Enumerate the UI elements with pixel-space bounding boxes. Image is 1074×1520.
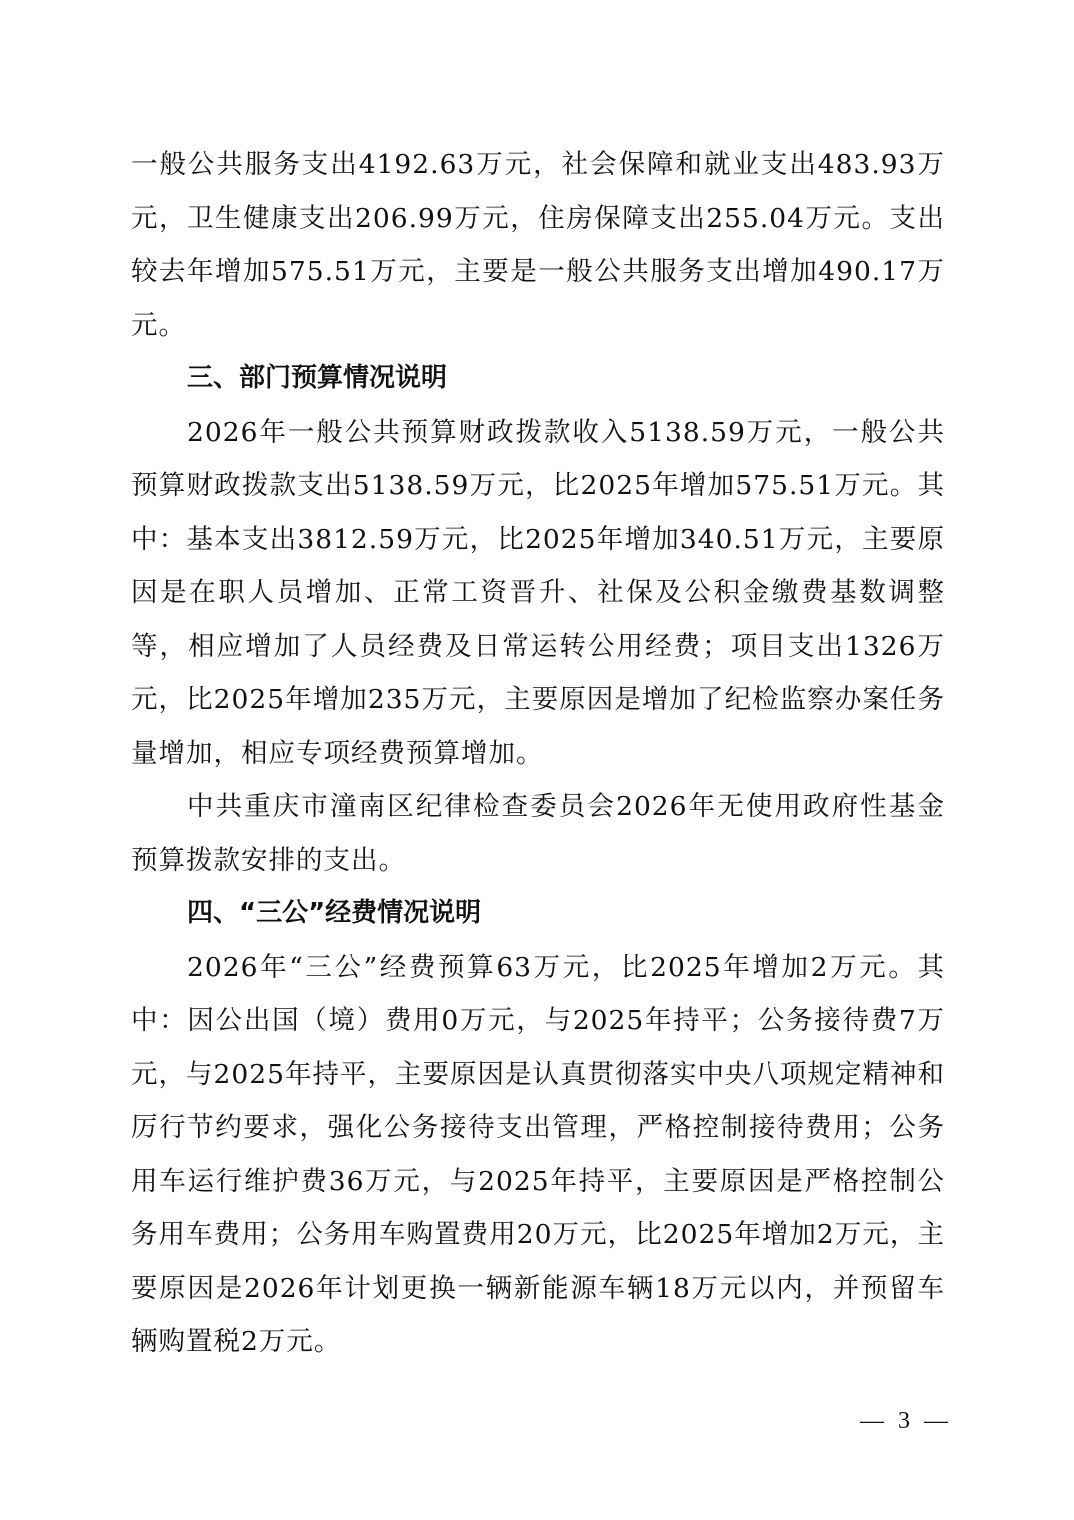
paragraph-expenditure-summary: 一般公共服务支出4192.63万元，社会保障和就业支出483.93万元，卫生健康… [131,138,945,352]
paragraph-department-budget: 2026年一般公共预算财政拨款收入5138.59万元，一般公共预算财政拨款支出5… [131,406,945,781]
paragraph-three-public-expenses: 2026年“三公”经费预算63万元，比2025年增加2万元。其中：因公出国（境）… [131,941,945,1369]
heading-department-budget: 三、部门预算情况说明 [131,352,945,406]
paragraph-government-fund: 中共重庆市潼南区纪律检查委员会2026年无使用政府性基金预算拨款安排的支出。 [131,780,945,887]
document-body: 一般公共服务支出4192.63万元，社会保障和就业支出483.93万元，卫生健康… [131,138,945,1369]
heading-three-public-expenses: 四、“三公”经费情况说明 [131,887,945,941]
page-number: — 3 — [860,1408,952,1435]
